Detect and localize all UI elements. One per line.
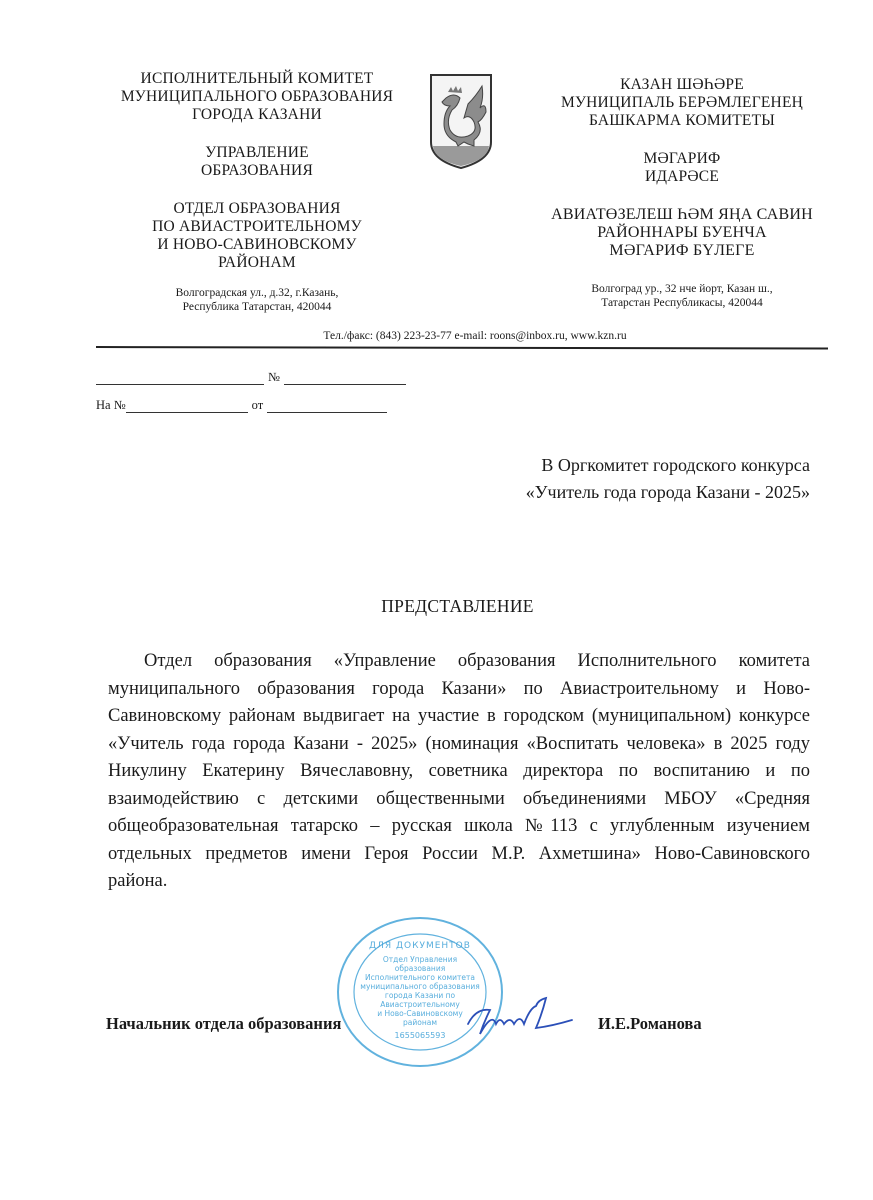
ref-date-blank xyxy=(267,400,387,413)
svg-text:1655065593: 1655065593 xyxy=(395,1031,446,1040)
division-name-tt: АВИАТӨЗЕЛЕШ ҺӘМ ЯҢА САВИН РАЙОННАРЫ БУЕН… xyxy=(522,206,842,260)
org-name-tt: КАЗАН ШӘҺӘРЕ МУНИЦИПАЛЬ БЕРӘМЛЕГЕНЕҢ БАШ… xyxy=(522,76,842,130)
svg-text:муниципального образования: муниципального образования xyxy=(360,982,479,991)
svg-text:районам: районам xyxy=(403,1018,437,1027)
letterhead-divider xyxy=(96,346,828,350)
org-name-ru: ИСПОЛНИТЕЛЬНЫЙ КОМИТЕТ МУНИЦИПАЛЬНОГО ОБ… xyxy=(92,70,422,124)
official-stamp-icon: ДЛЯ ДОКУМЕНТОВ Отдел Управления образова… xyxy=(330,912,510,1072)
addressee: В Оргкомитет городского конкурса «Учител… xyxy=(470,452,810,506)
division-name-ru: ОТДЕЛ ОБРАЗОВАНИЯ ПО АВИАСТРОИТЕЛЬНОМУ И… xyxy=(92,200,422,272)
number-blank xyxy=(284,372,406,385)
svg-text:ДЛЯ ДОКУМЕНТОВ: ДЛЯ ДОКУМЕНТОВ xyxy=(369,941,471,951)
address-tt: Волгоград ур., 32 нче йорт, Казан ш., Та… xyxy=(522,282,842,310)
contacts-line: Тел./факс: (843) 223-23-77 e-mail: roons… xyxy=(240,330,710,342)
svg-text:и Ново-Савиновскому: и Ново-Савиновскому xyxy=(377,1009,463,1018)
document-body: Отдел образования «Управление образовани… xyxy=(108,648,810,896)
letterhead-right: КАЗАН ШӘҺӘРЕ МУНИЦИПАЛЬ БЕРӘМЛЕГЕНЕҢ БАШ… xyxy=(522,76,842,310)
svg-text:Исполнительного комитета: Исполнительного комитета xyxy=(365,973,475,982)
signer-position: Начальник отдела образования xyxy=(106,1014,341,1034)
ref-number-blank xyxy=(126,400,248,413)
letterhead-left: ИСПОЛНИТЕЛЬНЫЙ КОМИТЕТ МУНИЦИПАЛЬНОГО ОБ… xyxy=(92,70,422,314)
svg-text:города Казани по: города Казани по xyxy=(385,991,456,1000)
svg-text:образования: образования xyxy=(395,964,445,973)
kazan-coat-of-arms-icon xyxy=(428,72,494,170)
address-ru: Волгоградская ул., д.32, г.Казань, Респу… xyxy=(92,286,422,314)
dept-name-ru: УПРАВЛЕНИЕ ОБРАЗОВАНИЯ xyxy=(92,144,422,180)
reference-number-line: На № от xyxy=(96,398,387,413)
svg-text:Авиастроительному: Авиастроительному xyxy=(380,1000,460,1009)
document-title: ПРЕДСТАВЛЕНИЕ xyxy=(0,596,873,617)
handwritten-signature-icon xyxy=(462,994,582,1044)
dept-name-tt: МӘГАРИФ ИДАРӘСЕ xyxy=(522,150,842,186)
svg-text:Отдел Управления: Отдел Управления xyxy=(383,955,457,964)
signer-name: И.Е.Романова xyxy=(598,1014,702,1034)
date-blank xyxy=(96,372,264,385)
outgoing-number-line: № xyxy=(96,370,406,385)
